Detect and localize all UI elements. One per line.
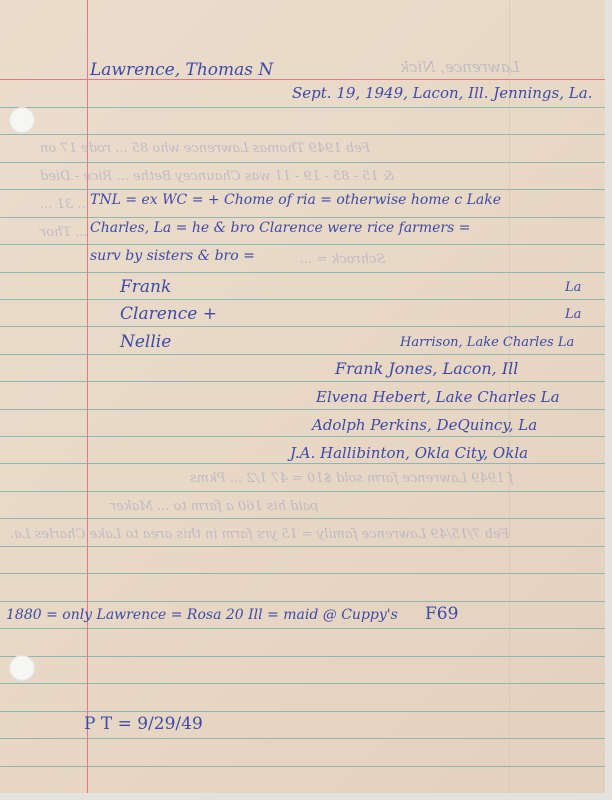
ruled-line	[0, 573, 605, 574]
ruled-line	[0, 601, 605, 602]
ruled-line	[0, 244, 605, 245]
sibling-name: Nellie	[120, 334, 171, 351]
ruled-line	[0, 766, 605, 767]
ruled-line	[0, 409, 605, 410]
census-reference: F69	[425, 606, 458, 623]
footer-note: P T = 9/29/49	[84, 716, 203, 733]
sibling-location: Harrison, Lake Charles La	[400, 336, 574, 349]
sibling-name: Clarence +	[120, 306, 217, 323]
body-line: Charles, La = he & bro Clarence were ric…	[90, 221, 470, 235]
contact-entry: J.A. Hallibinton, Okla City, Okla	[290, 446, 528, 461]
bleed-through-text: Schrock = ...	[300, 253, 385, 266]
binder-hole-top	[9, 107, 35, 133]
body-line: surv by sisters & bro =	[90, 249, 255, 263]
ruled-line	[0, 491, 605, 492]
ruled-line	[0, 738, 605, 739]
bleed-through-text: Lawrence, Nick	[400, 60, 520, 75]
contact-entry: Adolph Perkins, DeQuincy, La	[312, 418, 537, 433]
bleed-through-text: & 15 - 85 - 19 - 11 was Chauncey Bethe .…	[40, 170, 394, 183]
ruled-line	[0, 189, 605, 190]
ruled-line	[0, 381, 605, 382]
ruled-line	[0, 354, 605, 355]
ruled-line	[0, 134, 605, 135]
binder-hole-bottom	[9, 655, 35, 681]
sibling-location: La	[565, 281, 581, 294]
death-date-place: Sept. 19, 1949, Lacon, Ill. Jennings, La…	[292, 86, 592, 101]
bleed-through-text: paid his 160 a farm to ... Maker	[110, 500, 319, 513]
contact-entry: Elvena Hebert, Lake Charles La	[316, 390, 560, 405]
ruled-line	[0, 272, 605, 273]
ruled-line	[0, 299, 605, 300]
ruled-line	[0, 463, 605, 464]
bleed-through-text: f 1949 Lawrence farm sold $10 = 47 1/2 .…	[190, 472, 513, 485]
ruled-line	[0, 326, 605, 327]
ruled-line	[0, 217, 605, 218]
ruled-line	[0, 518, 605, 519]
sibling-location: La	[565, 308, 581, 321]
bleed-through-text: ... 31 ...	[40, 198, 90, 211]
subject-name: Lawrence, Thomas N	[90, 62, 273, 79]
bleed-through-text: Feb 1949 Thomas Lawrence who 85 ... rode…	[40, 142, 370, 155]
sibling-name: Frank	[120, 279, 171, 296]
bleed-through-text: ... Thor	[40, 226, 88, 239]
ruled-line	[0, 162, 605, 163]
ruled-line	[0, 436, 605, 437]
bleed-through-text: Feb 7/15/49 Lawrence family = 15 yrs far…	[10, 528, 509, 541]
census-note: 1880 = only Lawrence = Rosa 20 Ill = mai…	[6, 608, 398, 622]
ruled-line	[0, 628, 605, 629]
ruled-line	[0, 546, 605, 547]
ruled-line	[0, 656, 605, 657]
ruled-line	[0, 107, 605, 108]
left-margin-line	[87, 0, 88, 793]
ruled-line	[0, 711, 605, 712]
ruled-paper-sheet: Lawrence, Nick Feb 1949 Thomas Lawrence …	[0, 0, 605, 793]
ruled-line	[0, 683, 605, 684]
contact-entry: Frank Jones, Lacon, Ill	[335, 361, 518, 377]
body-line: TNL = ex WC = + Chome of ria = otherwise…	[90, 193, 501, 207]
